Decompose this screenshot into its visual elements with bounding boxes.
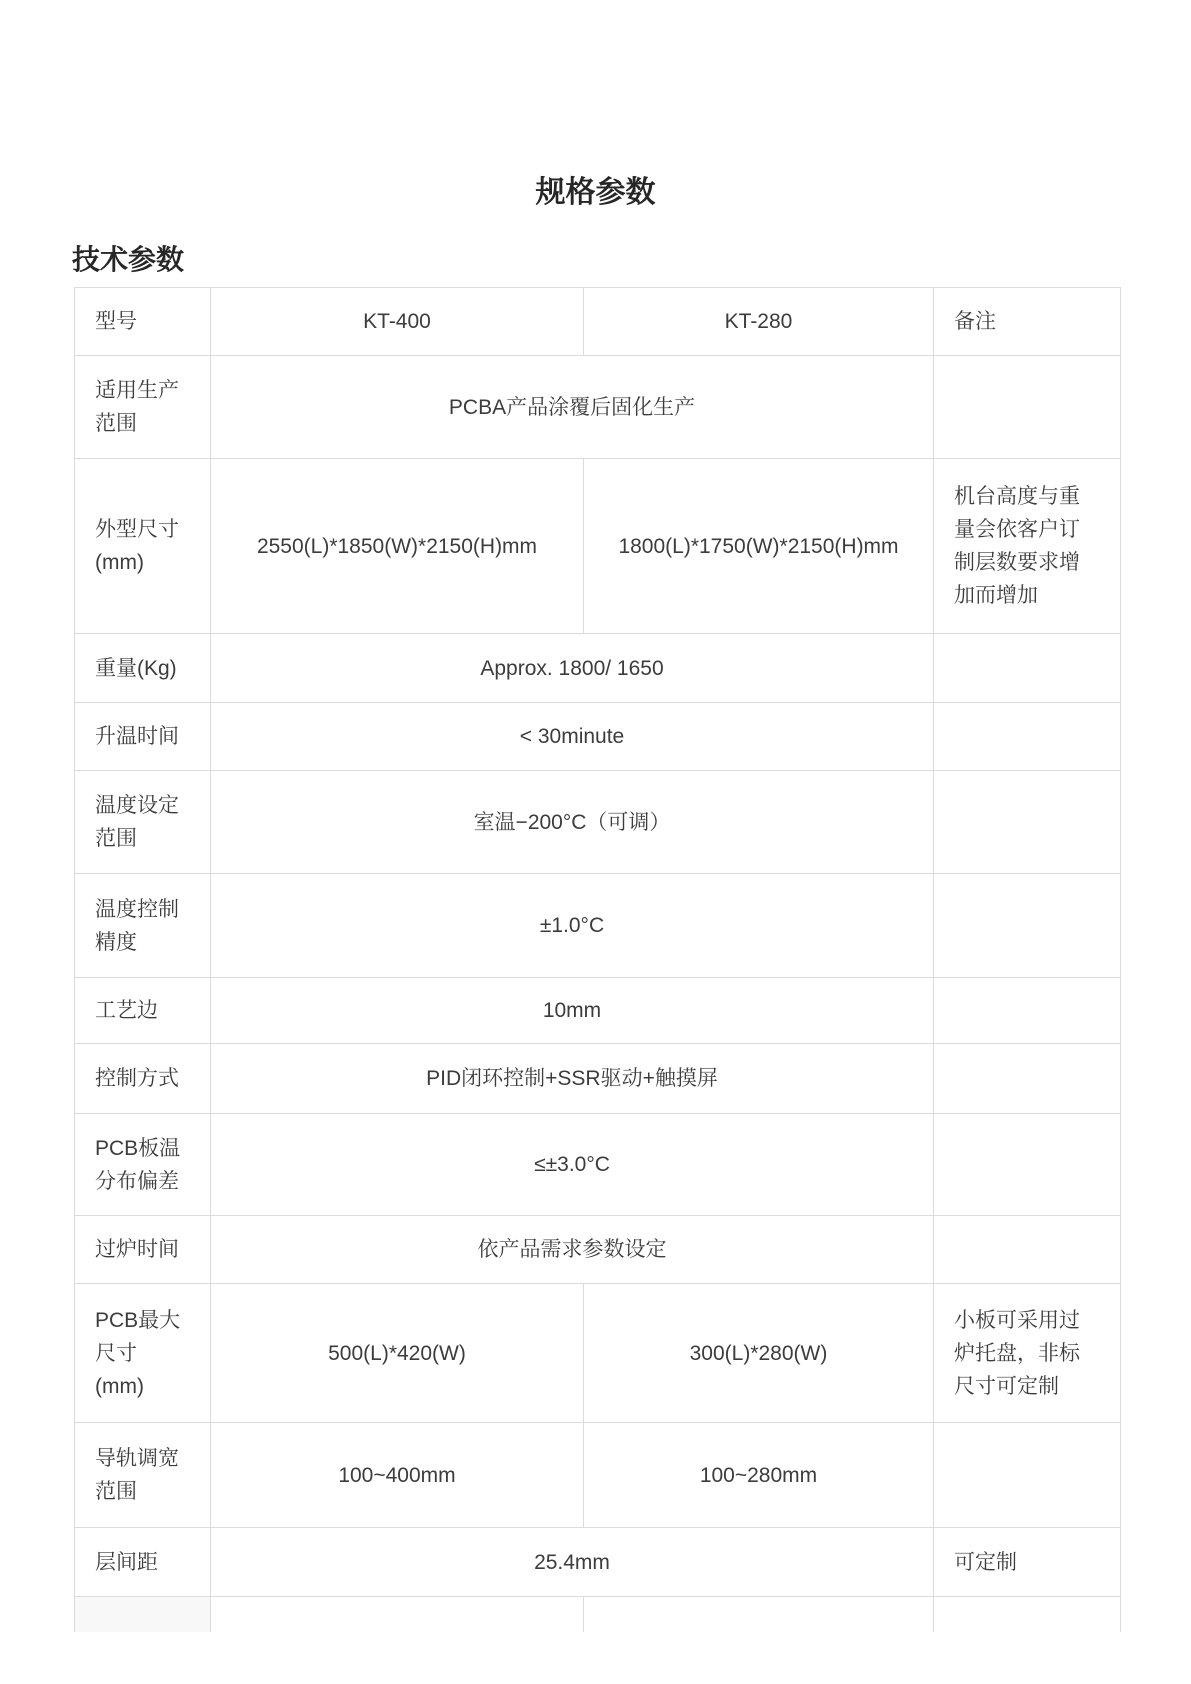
row-value-kt280: 300(L)*280(W) [584, 1284, 934, 1423]
spec-table: 型号 KT-400 KT-280 备注 适用生产 范围 PCBA产品涂覆后固化生… [74, 287, 1121, 1632]
section-heading: 技术参数 [72, 240, 184, 279]
row-label: 重量(Kg) [75, 634, 211, 703]
row-value-kt400: 100~400mm [211, 1423, 584, 1528]
row-value: PCBA产品涂覆后固化生产 [211, 356, 934, 459]
row-value-kt400 [211, 1597, 584, 1632]
row-remark [934, 634, 1121, 703]
row-remark: 机台高度与重 量会依客户订 制层数要求增 加而增加 [934, 459, 1121, 634]
spec-page: 规格参数 技术参数 型号 KT-400 KT-280 备注 适用生产 范围 PC… [0, 0, 1191, 1684]
row-value: 依产品需求参数设定 [211, 1216, 934, 1284]
header-cell-remark: 备注 [934, 288, 1121, 356]
row-remark [934, 1114, 1121, 1216]
row-value: Approx. 1800/ 1650 [211, 634, 934, 703]
row-remark [934, 703, 1121, 771]
row-remark [934, 1216, 1121, 1284]
row-value-kt280: 100~280mm [584, 1423, 934, 1528]
header-cell-kt400: KT-400 [211, 288, 584, 356]
row-label: 导轨调宽 范围 [75, 1423, 211, 1528]
table-row-production-scope: 适用生产 范围 PCBA产品涂覆后固化生产 [75, 356, 1121, 459]
row-value-kt400: 2550(L)*1850(W)*2150(H)mm [211, 459, 584, 634]
table-row-temp-accuracy: 温度控制 精度 ±1.0°C [75, 874, 1121, 978]
row-remark [934, 874, 1121, 978]
row-value: ±1.0°C [211, 874, 934, 978]
row-label [75, 1597, 211, 1632]
row-remark [934, 1423, 1121, 1528]
table-row-dimensions: 外型尺寸 (mm) 2550(L)*1850(W)*2150(H)mm 1800… [75, 459, 1121, 634]
row-remark: 可定制 [934, 1528, 1121, 1597]
row-remark [934, 978, 1121, 1044]
table-row-pcb-temp-deviation: PCB板温 分布偏差 ≤±3.0°C [75, 1114, 1121, 1216]
row-value: 10mm [211, 978, 934, 1044]
row-remark: 小板可采用过 炉托盘，非标 尺寸可定制 [934, 1284, 1121, 1423]
row-label: PCB板温 分布偏差 [75, 1114, 211, 1216]
table-row-partial [75, 1597, 1121, 1632]
table-row-control-mode: 控制方式 PID闭环控制+SSR驱动+触摸屏 [75, 1044, 1121, 1114]
row-label: 温度控制 精度 [75, 874, 211, 978]
table-row-rail-width-range: 导轨调宽 范围 100~400mm 100~280mm [75, 1423, 1121, 1528]
table-row-heatup-time: 升温时间 < 30minute [75, 703, 1121, 771]
table-row-temp-range: 温度设定 范围 室温−200°C（可调） [75, 771, 1121, 874]
row-label: 控制方式 [75, 1044, 211, 1114]
row-remark [934, 771, 1121, 874]
table-header-row: 型号 KT-400 KT-280 备注 [75, 288, 1121, 356]
row-value-kt400: 500(L)*420(W) [211, 1284, 584, 1423]
row-label: 工艺边 [75, 978, 211, 1044]
row-label: 层间距 [75, 1528, 211, 1597]
row-value: ≤±3.0°C [211, 1114, 934, 1216]
table-row-layer-spacing: 层间距 25.4mm 可定制 [75, 1528, 1121, 1597]
row-label: 过炉时间 [75, 1216, 211, 1284]
row-label: 升温时间 [75, 703, 211, 771]
row-label: PCB最大 尺寸 (mm) [75, 1284, 211, 1423]
row-label: 适用生产 范围 [75, 356, 211, 459]
row-label: 外型尺寸 (mm) [75, 459, 211, 634]
row-label: 温度设定 范围 [75, 771, 211, 874]
row-value-kt280 [584, 1597, 934, 1632]
header-cell-model: 型号 [75, 288, 211, 356]
row-value: 25.4mm [211, 1528, 934, 1597]
page-title: 规格参数 [0, 172, 1191, 214]
table-row-oven-time: 过炉时间 依产品需求参数设定 [75, 1216, 1121, 1284]
row-value-kt280: 1800(L)*1750(W)*2150(H)mm [584, 459, 934, 634]
row-value: 室温−200°C（可调） [211, 771, 934, 874]
table-row-pcb-max-size: PCB最大 尺寸 (mm) 500(L)*420(W) 300(L)*280(W… [75, 1284, 1121, 1423]
row-remark [934, 1044, 1121, 1114]
row-value: PID闭环控制+SSR驱动+触摸屏 [211, 1044, 934, 1114]
row-value: < 30minute [211, 703, 934, 771]
table-row-process-edge: 工艺边 10mm [75, 978, 1121, 1044]
header-cell-kt280: KT-280 [584, 288, 934, 356]
table-row-weight: 重量(Kg) Approx. 1800/ 1650 [75, 634, 1121, 703]
row-remark [934, 1597, 1121, 1632]
row-remark [934, 356, 1121, 459]
